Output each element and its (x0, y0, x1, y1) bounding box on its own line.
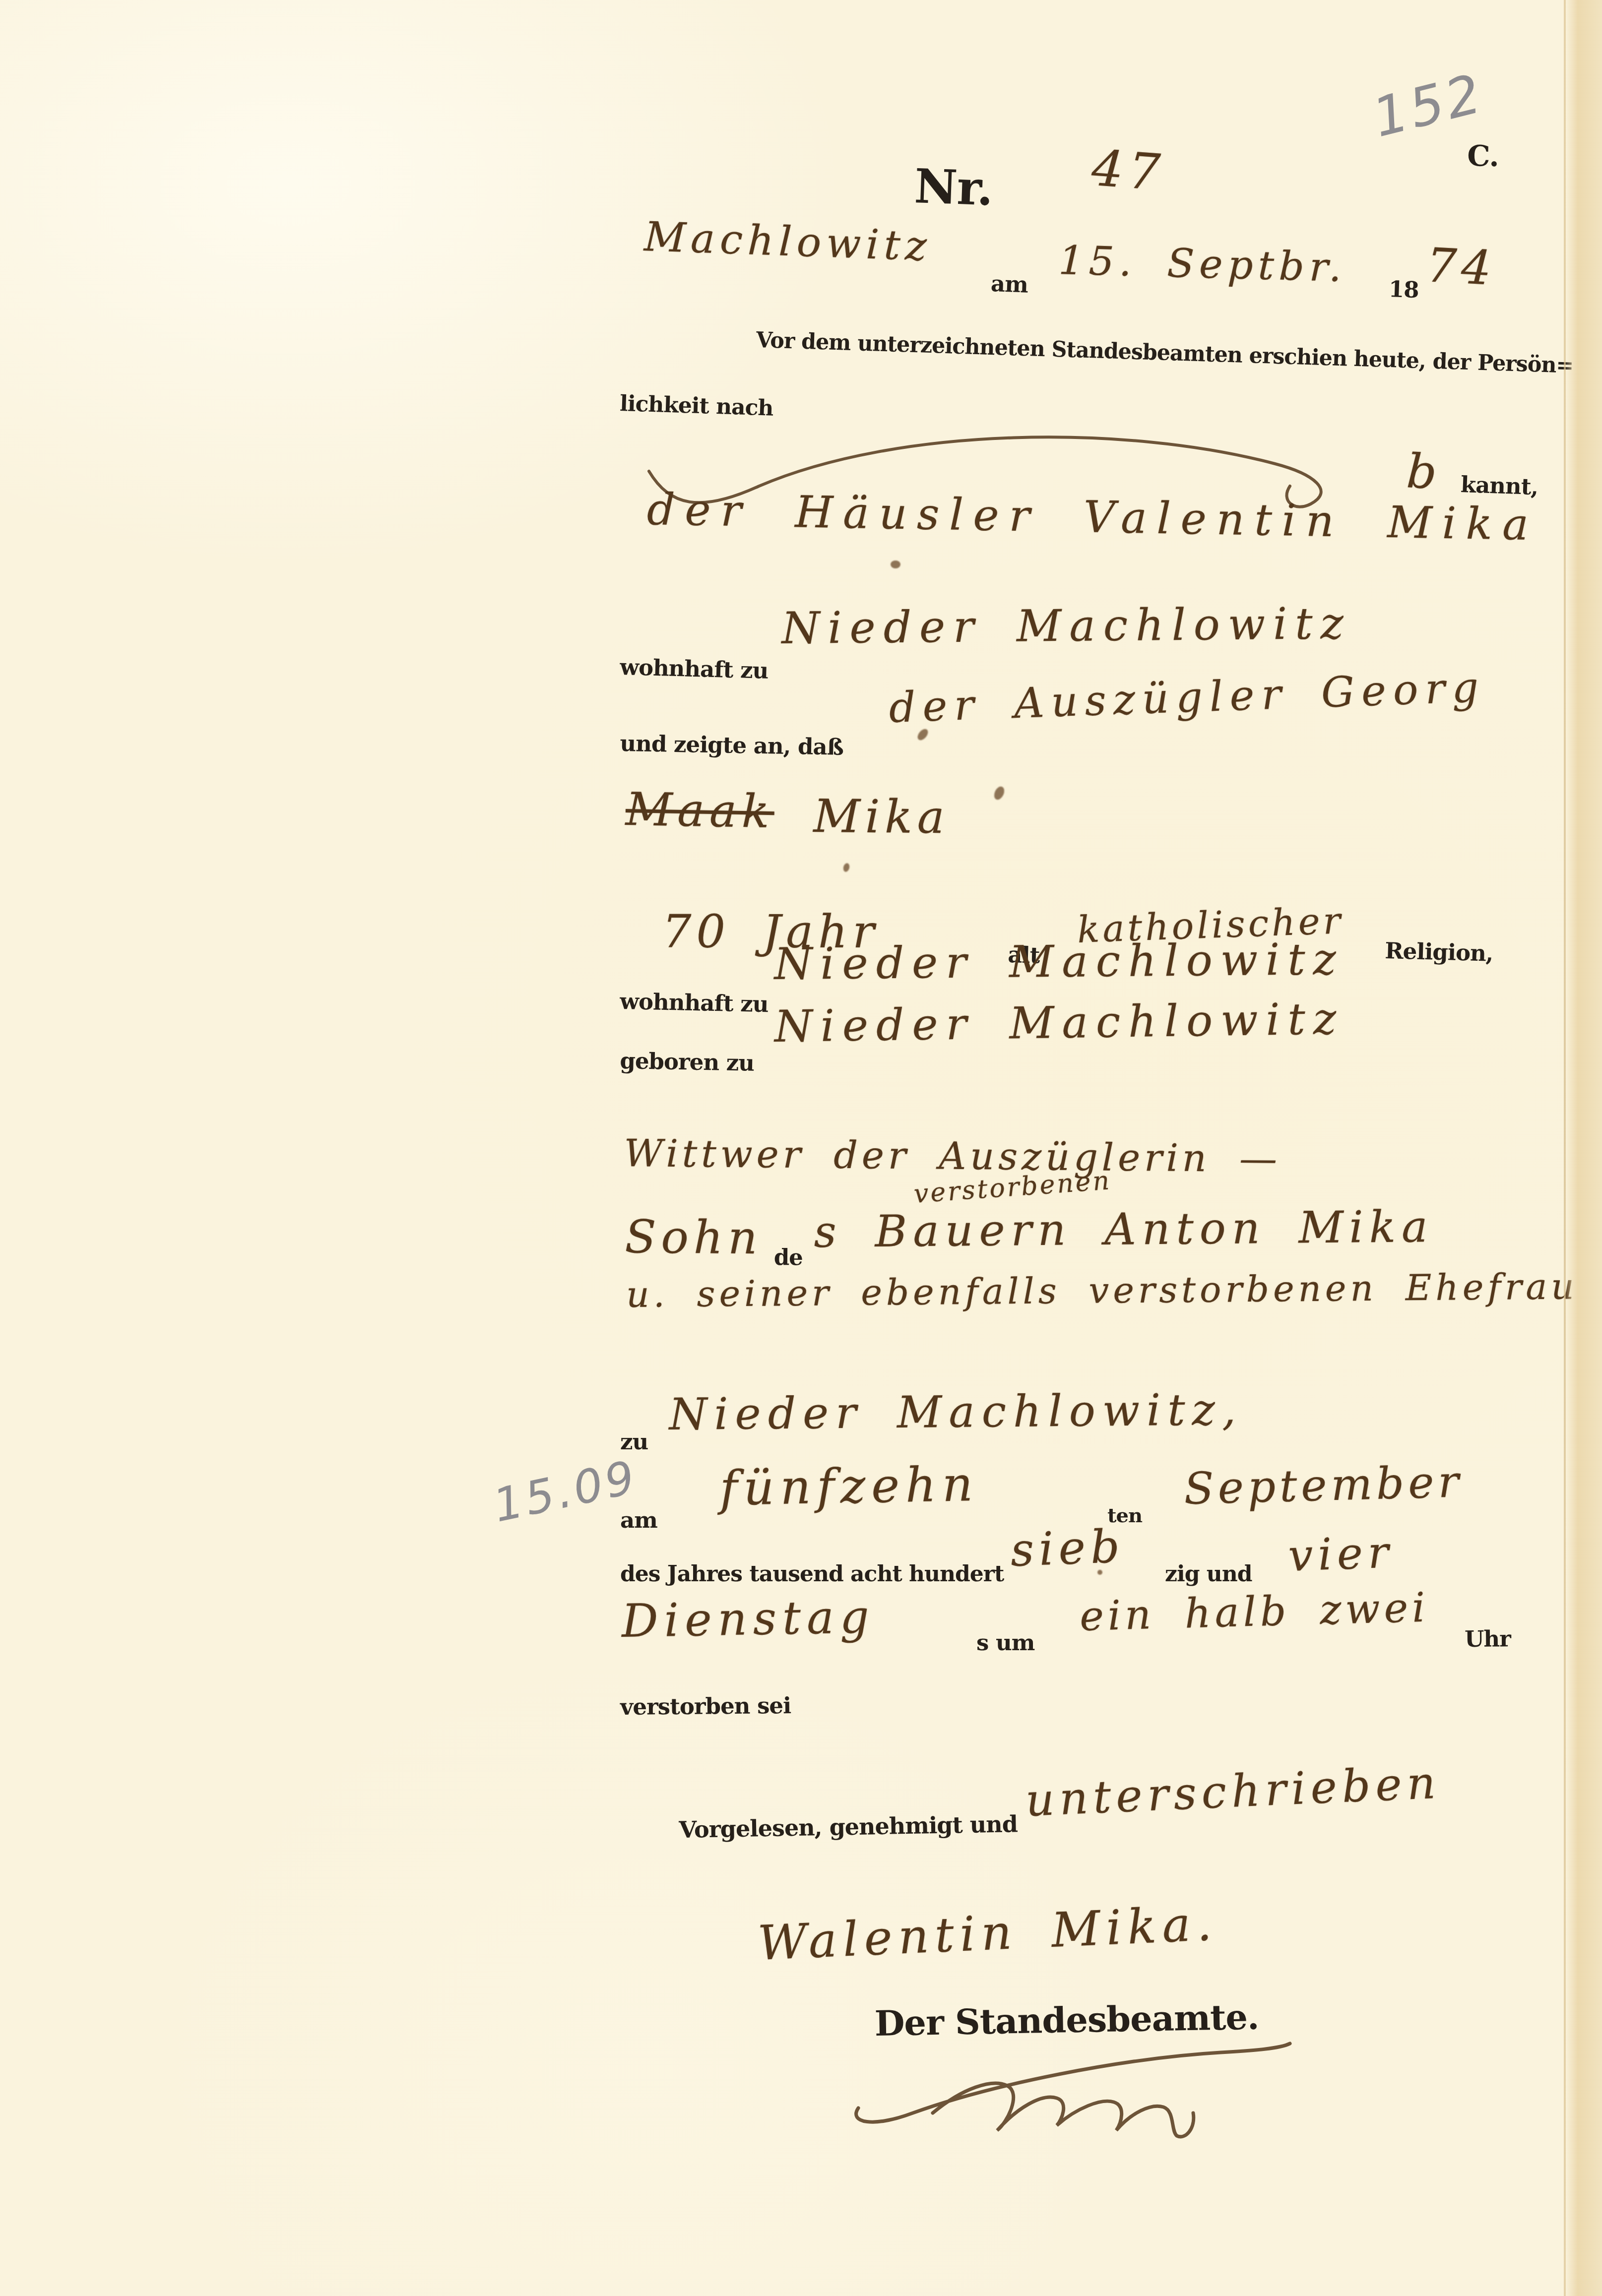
birthplace-entry: Nieder Machlowitz (774, 993, 1345, 1052)
death-time-entry: ein halb zwei (1079, 1584, 1430, 1640)
death-day-entry: fünfzehn (719, 1456, 979, 1516)
series-letter: C. (1467, 139, 1499, 173)
ink-blot (992, 785, 1006, 802)
dotted-line (814, 1717, 1555, 1727)
year-words-label: des Jahres tausend acht hundert (620, 1561, 1004, 1587)
archival-page-number-pencil: 152 (1367, 62, 1490, 150)
wohnhaft-zu-label-1: wohnhaft zu (620, 654, 769, 684)
date-entry: 15. Septbr. (1058, 237, 1347, 291)
zig-und-label: zig und (1165, 1561, 1252, 1587)
dotted-line (620, 2157, 1557, 2186)
sohn-entry: Sohn (625, 1210, 763, 1264)
death-month-entry: September (1183, 1456, 1464, 1514)
marital-status-entry: Wittwer der Auszüglerin — (624, 1131, 1281, 1181)
weekday-entry: Dienstag (621, 1590, 876, 1648)
dotted-line (621, 848, 1221, 874)
deceased-surname-entry: Mika (813, 790, 950, 844)
ink-blot (1097, 1570, 1102, 1575)
closing-entry: unterschrieben (1025, 1756, 1442, 1826)
vorgelesen-label: Vorgelesen, genehmigt und (679, 1810, 1018, 1843)
dotted-line (1067, 218, 1216, 223)
declarant-signature: Walentin Mika. (757, 1896, 1218, 1971)
zeigte-an-label: und zeigte an, daß (620, 730, 843, 760)
father-entry: s Bauern Anton Mika (814, 1201, 1434, 1257)
dotted-line (620, 1656, 967, 1659)
year-decade-entry: sieb (1010, 1520, 1126, 1577)
year-entry: 74 (1425, 238, 1497, 296)
registry-place-entry: Machlowitz (643, 213, 933, 270)
wohnhaft-zu-label-2: wohnhaft zu (620, 988, 769, 1017)
dotted-line (621, 560, 1558, 593)
year-unit-entry: vier (1287, 1527, 1394, 1581)
dotted-line (873, 772, 1557, 796)
uhr-label: Uhr (1465, 1625, 1511, 1652)
deceased-residence-entry: Nieder Machlowitz (774, 933, 1344, 990)
page-fore-edge (1565, 0, 1602, 2296)
geboren-zu-label: geboren zu (620, 1048, 754, 1076)
s-um-label: s um (976, 1629, 1034, 1656)
deceased-entry-line1: der Auszügler Georg (888, 663, 1486, 732)
kannt-label: kannt, (1460, 471, 1538, 500)
ink-blot (842, 863, 850, 872)
dotted-line (621, 294, 988, 310)
dotted-line (1042, 306, 1384, 318)
form-intro-line1: Vor dem unterzeichneten Standesbeamten e… (756, 327, 1574, 378)
record-number-label: Nr. (913, 159, 994, 216)
dotted-line (1044, 1658, 1560, 1663)
ink-blot (891, 560, 900, 568)
religion-label: Religion, (1385, 937, 1494, 967)
kannt-prefix-entry: b (1405, 444, 1443, 500)
register-page: 152 C. Nr. 47 Machlowitz am 15. Septbr. … (0, 0, 1602, 2296)
official-title: Der Standesbeamte. (874, 1996, 1259, 2044)
dotted-line (1421, 313, 1548, 318)
death-place-entry: Nieder Machlowitz, (669, 1384, 1243, 1440)
de-label: de (774, 1244, 803, 1271)
year-century-label: 18 (1388, 276, 1419, 303)
declarant-residence-entry: Nieder Machlowitz (781, 598, 1351, 654)
am-label-2: am (620, 1507, 657, 1533)
official-signature (843, 2039, 1340, 2148)
dotted-line (620, 1329, 1555, 1337)
dotted-line (1010, 1846, 1555, 1855)
zu-label: zu (620, 1428, 648, 1455)
archival-date-pencil: 15.09 (489, 1450, 642, 1533)
deceased-struck-word: Maak (625, 783, 774, 838)
record-number-value: 47 (1090, 139, 1167, 202)
verstorben-sei-label: verstorben sei (620, 1692, 791, 1720)
am-label: am (990, 270, 1028, 298)
mother-line1-entry: u. seiner ebenfalls verstorbenen Ehefrau (626, 1265, 1578, 1315)
dotted-line (722, 1094, 1555, 1111)
